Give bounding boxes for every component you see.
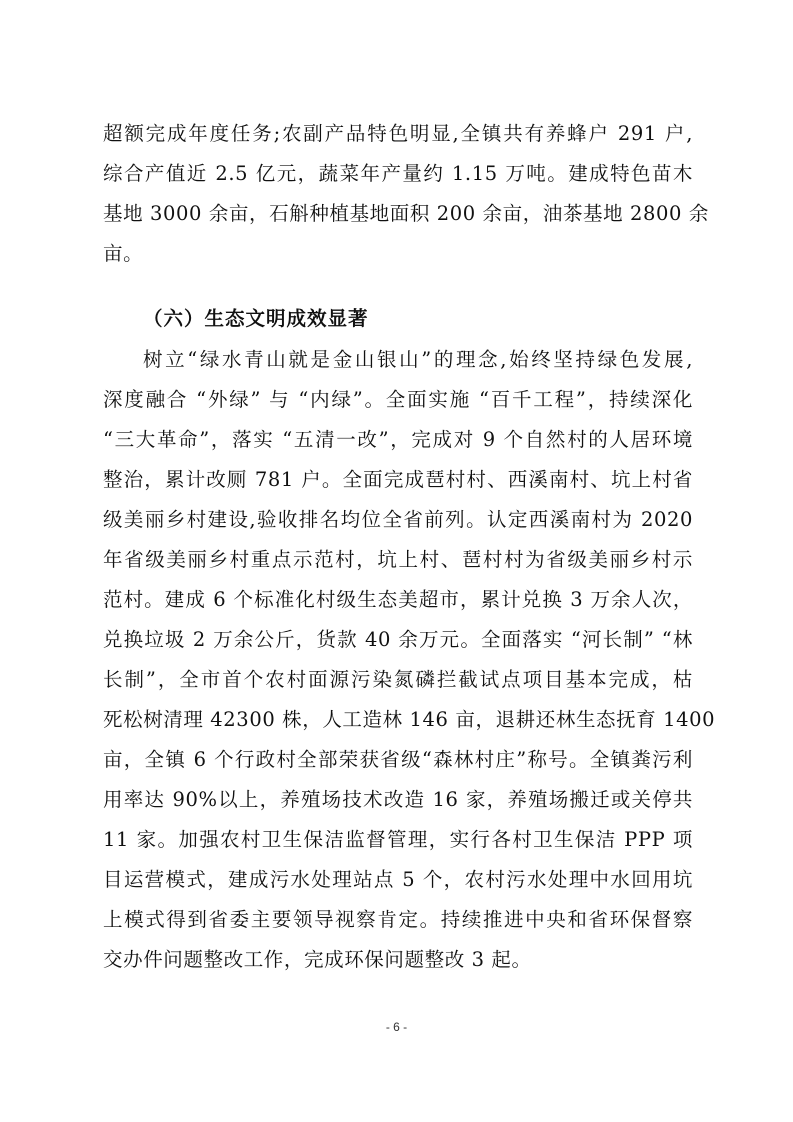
paragraph-line: 上模式得到省委主要领导视察肯定。持续推进中央和省环保督察 [103,907,693,933]
paragraph-line: 长制”，全市首个农村面源污染氮磷拦截试点项目基本完成，枯 [103,667,693,693]
paragraph-line: 用率达 90%以上，养殖场技术改造 16 家，养殖场搬迁或关停共 [103,787,693,813]
paragraph-line: 范村。建成 6 个标准化村级生态美超市，累计兑换 3 万余人次， [103,587,693,613]
paragraph-line: 亩。 [103,241,693,267]
paragraph-line: 树立“绿水青山就是金山银山”的理念,始终坚持绿色发展, [143,347,693,373]
document-page: 超额完成年度任务;农副产品特色明显,全镇共有养蜂户 291 户, 综合产值近 2… [0,0,793,1122]
paragraph-line: 年省级美丽乡村重点示范村，坑上村、琶村村为省级美丽乡村示 [103,547,693,573]
paragraph-line: 深度融合 “外绿” 与 “内绿”。全面实施 “百千工程”，持续深化 [103,387,693,413]
paragraph-line: 兑换垃圾 2 万余公斤，货款 40 余万元。全面落实 “河长制” “林 [103,627,693,653]
paragraph-line: 交办件问题整改工作，完成环保问题整改 3 起。 [103,947,693,973]
section-heading: （六）生态文明成效显著 [143,306,369,332]
paragraph-line: 基地 3000 余亩，石斛种植基地面积 200 余亩，油茶基地 2800 余 [103,201,693,227]
paragraph-line: 亩，全镇 6 个行政村全部荣获省级“森林村庄”称号。全镇粪污利 [103,747,693,773]
paragraph-line: 11 家。加强农村卫生保洁监督管理，实行各村卫生保洁 PPP 项 [103,827,693,853]
paragraph-line: 死松树清理 42300 株，人工造林 146 亩，退耕还林生态抚育 1400 [103,707,693,733]
paragraph-line: 综合产值近 2.5 亿元，蔬菜年产量约 1.15 万吨。建成特色苗木 [103,161,693,187]
paragraph-line: 级美丽乡村建设,验收排名均位全省前列。认定西溪南村为 2020 [103,507,693,533]
paragraph-line: “三大革命”，落实 “五清一改”，完成对 9 个自然村的人居环境 [103,427,693,453]
paragraph-line: 超额完成年度任务;农副产品特色明显,全镇共有养蜂户 291 户, [103,121,693,147]
page-number: - 6 - [0,1020,793,1034]
paragraph-line: 整治，累计改厕 781 户。全面完成琶村村、西溪南村、坑上村省 [103,467,693,493]
paragraph-line: 目运营模式，建成污水处理站点 5 个，农村污水处理中水回用坑 [103,867,693,893]
